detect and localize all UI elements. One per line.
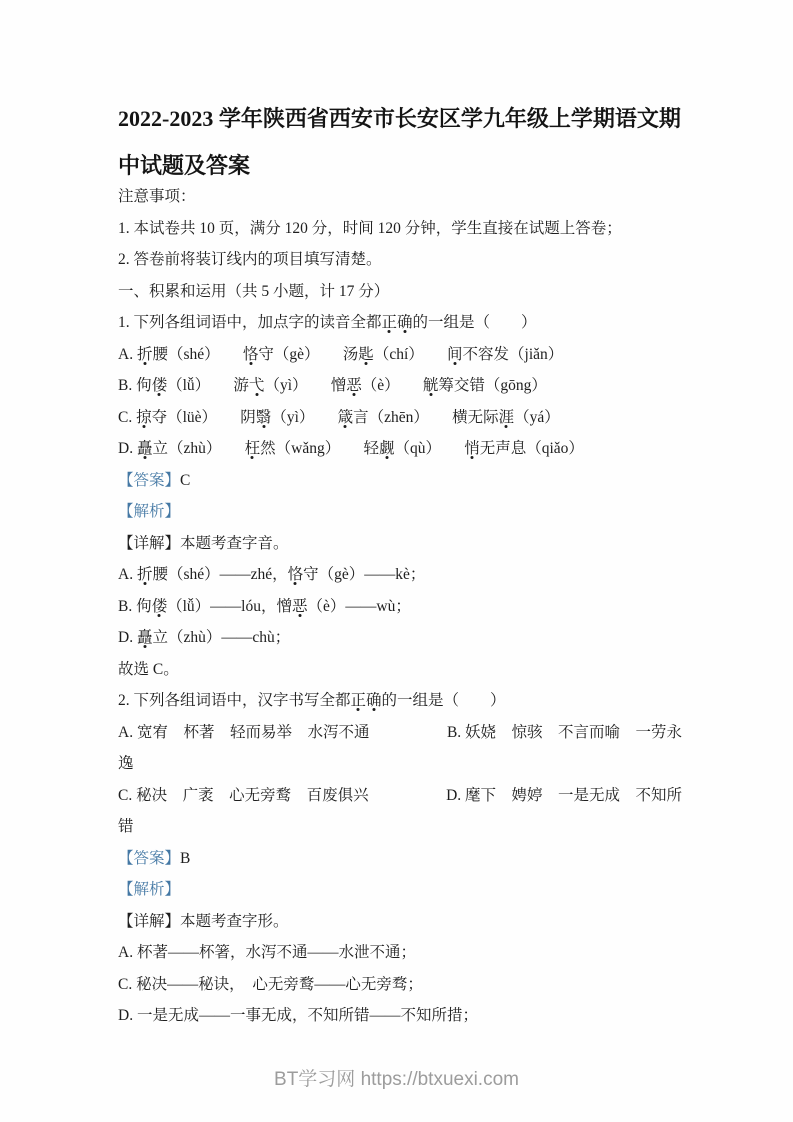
text-segment: 2. 答卷前将装订线内的项目填写清楚。	[118, 251, 382, 268]
text-segment: 守（gè）——kè；	[303, 566, 425, 583]
emphasis-dotted-char: 弋	[249, 377, 265, 394]
q1-detail-heading: 【详解】本题考查字音。	[118, 528, 778, 560]
q2-detail-d: D. 一是无成——一事无成，不知所错——不知所措；	[118, 1000, 778, 1032]
text-segment: （yì）	[271, 409, 337, 426]
emphasis-dotted-char: 觥	[423, 377, 439, 394]
emphasis-dotted-char: 偻	[152, 598, 168, 615]
text-segment: A.	[118, 346, 137, 363]
text-segment: （qù）	[394, 440, 464, 457]
emphasis-dotted-char: 觑	[379, 440, 395, 457]
emphasis-dotted-char: 涯	[499, 409, 515, 426]
q1-detail-d: D. 矗立（zhù）——chù；	[118, 622, 778, 654]
emphasis-dotted-char: 偻	[152, 377, 168, 394]
emphasis-dotted-char: 正	[351, 692, 367, 709]
q2-answer: 【答案】B	[118, 843, 778, 875]
answer-tag: 【答案】	[118, 850, 180, 867]
text-segment: （lǚ） 游	[167, 377, 249, 394]
text-segment: 不容发（jiǎn）	[463, 346, 564, 363]
text-segment: 立（zhù）	[152, 440, 244, 457]
text-segment: C. 秘决 广袤 心无旁鹜 百废俱兴 D. 麾下 娉婷 一是无成 不知所	[118, 787, 682, 804]
q1-option-a: A. 折腰（shé） 恪守（gè） 汤匙（chí） 间不容发（jiǎn）	[118, 339, 778, 371]
text-segment: 故选 C。	[118, 661, 179, 678]
text-segment: 【详解】本题考查字形。	[118, 913, 289, 930]
notice-heading: 注意事项：	[118, 181, 778, 213]
emphasis-dotted-char: 折	[137, 346, 153, 363]
text-segment: 夺（lüè） 阴	[152, 409, 256, 426]
text-segment: D.	[118, 440, 137, 457]
text-segment: 筹交错（gōng）	[438, 377, 547, 394]
text-segment: 1. 本试卷共 10 页，满分 120 分，时间 120 分钟，学生直接在试题上…	[118, 220, 622, 237]
q1-detail-b: B. 佝偻（lǚ）——lóu，憎恶（è）——wù；	[118, 591, 778, 623]
text-segment: 腰（shé）	[152, 346, 242, 363]
emphasis-dotted-char: 确	[366, 692, 382, 709]
answer-value: C	[180, 472, 190, 489]
footer-watermark: BT学习网 https://btxuexi.com	[0, 1064, 793, 1091]
text-segment: A. 杯著——杯箸，水泻不通——水泄不通；	[118, 944, 416, 961]
text-segment: 立（zhù）——chù；	[152, 629, 290, 646]
emphasis-dotted-char: 确	[397, 314, 413, 331]
text-segment: B. 佝	[118, 377, 152, 394]
question-2-stem: 2. 下列各组词语中，汉字书写全都正确的一组是（ ）	[118, 685, 778, 717]
text-segment: 1. 下列各组词语中，加点字的读音全都	[118, 314, 382, 331]
emphasis-dotted-char: 匙	[358, 346, 374, 363]
text-segment: （è）——wù；	[308, 598, 411, 615]
text-segment: （lǚ）——lóu，憎	[167, 598, 292, 615]
q1-option-b: B. 佝偻（lǚ） 游弋（yì） 憎恶（è） 觥筹交错（gōng）	[118, 370, 778, 402]
text-segment: 无声息（qiǎo）	[480, 440, 584, 457]
text-segment: 一、积累和运用（共 5 小题，计 17 分）	[118, 283, 389, 300]
exam-document-page: 2022-2023 学年陕西省西安市长安区学九年级上学期语文期中试题及答案 注意…	[0, 0, 793, 1122]
emphasis-dotted-char: 恶	[346, 377, 362, 394]
text-segment: 然（wǎng） 轻	[260, 440, 379, 457]
text-segment: D.	[118, 629, 137, 646]
text-segment: 的一组是（ ）	[382, 692, 506, 709]
text-segment: A.	[118, 566, 137, 583]
q2-options-cd: C. 秘决 广袤 心无旁鹜 百废俱兴 D. 麾下 娉婷 一是无成 不知所	[118, 780, 778, 812]
q2-options-ab-cont: 逸	[118, 748, 778, 780]
document-content: 注意事项：1. 本试卷共 10 页，满分 120 分，时间 120 分钟，学生直…	[118, 181, 778, 1032]
notice-item-1: 1. 本试卷共 10 页，满分 120 分，时间 120 分钟，学生直接在试题上…	[118, 213, 778, 245]
q2-detail-c: C. 秘决——秘诀， 心无旁鹜——心无旁骛；	[118, 969, 778, 1001]
q2-detail-a: A. 杯著——杯箸，水泻不通——水泄不通；	[118, 937, 778, 969]
emphasis-dotted-char: 矗	[137, 440, 153, 457]
text-segment: 2. 下列各组词语中，汉字书写全都	[118, 692, 351, 709]
footer-site-link[interactable]: BT学习网 https://btxuexi.com	[274, 1069, 519, 1090]
text-segment: （yì） 憎	[264, 377, 346, 394]
q1-answer: 【答案】C	[118, 465, 778, 497]
emphasis-dotted-char: 间	[447, 346, 463, 363]
text-segment: 逸	[118, 755, 134, 772]
q1-conclusion: 故选 C。	[118, 654, 778, 686]
text-segment: B. 佝	[118, 598, 152, 615]
text-segment: （yá）	[514, 409, 560, 426]
question-1-stem: 1. 下列各组词语中，加点字的读音全都正确的一组是（ ）	[118, 307, 778, 339]
emphasis-dotted-char: 恪	[243, 346, 259, 363]
text-segment: A. 宽宥 杯著 轻而易举 水泻不通 B. 妖娆 惊骇 不言而喻 一劳永	[118, 724, 682, 741]
emphasis-dotted-char: 折	[137, 566, 153, 583]
emphasis-dotted-char: 箴	[338, 409, 354, 426]
text-segment: （chí）	[374, 346, 447, 363]
emphasis-dotted-char: 矗	[137, 629, 153, 646]
q1-option-d: D. 矗立（zhù） 枉然（wǎng） 轻觑（qù） 悄无声息（qiǎo）	[118, 433, 778, 465]
emphasis-dotted-char: 掠	[136, 409, 152, 426]
emphasis-dotted-char: 恶	[292, 598, 308, 615]
q2-analysis: 【解析】	[118, 874, 778, 906]
q1-option-c: C. 掠夺（lüè） 阴翳（yì） 箴言（zhēn） 横无际涯（yá）	[118, 402, 778, 434]
text-segment: 言（zhēn） 横无际	[353, 409, 499, 426]
analysis-tag: 【解析】	[118, 881, 180, 898]
text-segment: （è）	[362, 377, 423, 394]
emphasis-dotted-char: 翳	[256, 409, 272, 426]
emphasis-dotted-char: 悄	[464, 440, 480, 457]
emphasis-dotted-char: 恪	[288, 566, 304, 583]
text-segment: 注意事项：	[118, 188, 196, 205]
page-title: 2022-2023 学年陕西省西安市长安区学九年级上学期语文期中试题及答案	[118, 95, 696, 189]
q1-detail-a: A. 折腰（shé）——zhé，恪守（gè）——kè；	[118, 559, 778, 591]
emphasis-dotted-char: 正	[382, 314, 398, 331]
text-segment: 的一组是（ ）	[413, 314, 537, 331]
analysis-tag: 【解析】	[118, 503, 180, 520]
text-segment: C. 秘决——秘诀， 心无旁鹜——心无旁骛；	[118, 976, 423, 993]
q2-options-cd-cont: 错	[118, 811, 778, 843]
notice-item-2: 2. 答卷前将装订线内的项目填写清楚。	[118, 244, 778, 276]
section-1-heading: 一、积累和运用（共 5 小题，计 17 分）	[118, 276, 778, 308]
text-segment: 【详解】本题考查字音。	[118, 535, 289, 552]
q1-analysis: 【解析】	[118, 496, 778, 528]
text-segment: 守（gè） 汤	[258, 346, 358, 363]
q2-detail-heading: 【详解】本题考查字形。	[118, 906, 778, 938]
text-segment: 腰（shé）——zhé，	[152, 566, 287, 583]
answer-tag: 【答案】	[118, 472, 180, 489]
emphasis-dotted-char: 枉	[245, 440, 261, 457]
q2-options-ab: A. 宽宥 杯著 轻而易举 水泻不通 B. 妖娆 惊骇 不言而喻 一劳永	[118, 717, 778, 749]
answer-value: B	[180, 850, 190, 867]
text-segment: 错	[118, 818, 134, 835]
text-segment: D. 一是无成——一事无成，不知所错——不知所措；	[118, 1007, 478, 1024]
text-segment: C.	[118, 409, 136, 426]
